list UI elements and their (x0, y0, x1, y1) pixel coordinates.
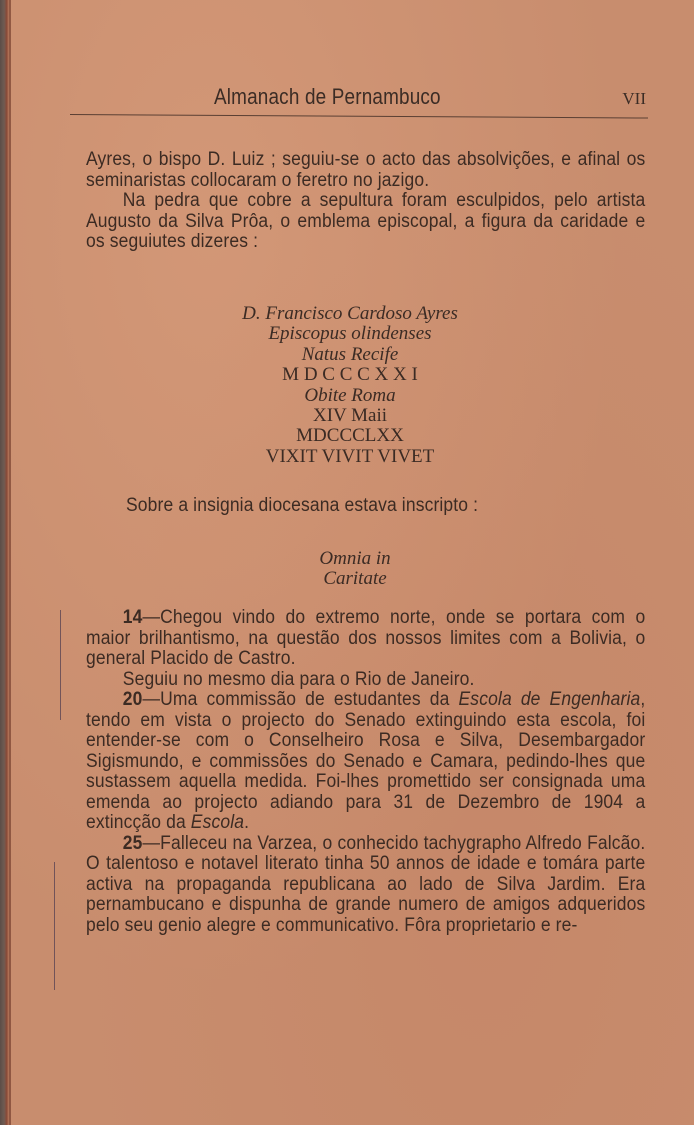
entry-day: 14 (123, 607, 143, 628)
epitaph-line: VIXIT VIVIT VIVET (150, 447, 550, 467)
running-header: Almanach de Pernambuco VII (100, 84, 652, 114)
entry-text: Seguiu no mesmo dia para o Rio de Janeir… (123, 669, 475, 690)
entry-text: —Falleceu na Varzea, o conhecido tachygr… (86, 833, 645, 936)
epitaph-line: D. Francisco Cardoso Ayres (150, 304, 550, 324)
opening-text: Ayres, o bispo D. Luiz ; seguiu-se o act… (86, 150, 646, 253)
entry-25: 25—Falleceu na Varzea, o conhecido tachy… (86, 834, 645, 937)
book-page: Almanach de Pernambuco VII Ayres, o bisp… (0, 0, 694, 1125)
epitaph-inscription: D. Francisco Cardoso Ayres Episcopus oli… (150, 304, 550, 467)
entry-20: 20—Uma commissão de estudantes da Escola… (86, 690, 645, 834)
running-head-title: Almanach de Pernambuco (214, 84, 441, 110)
entry-italic-school: Escola de Engenharia (459, 689, 641, 710)
epitaph-line: M D C C C X X I (150, 365, 550, 385)
insignia-intro: Sobre a insignia diocesana estava inscri… (126, 496, 686, 517)
paragraph-continuation: Ayres, o bispo D. Luiz ; seguiu-se o act… (86, 150, 645, 191)
entry-text-end: . (244, 812, 249, 833)
entry-text: , tendo em vista o projecto do Senado ex… (86, 689, 645, 833)
book-spine (0, 0, 9, 1125)
paragraph-tombstone: Na pedra que cobre a sepultura foram esc… (86, 191, 645, 253)
dated-entries: 14—Chegou vindo do extremo norte, onde s… (86, 608, 646, 936)
insignia-motto: Omnia in Caritate (250, 549, 460, 589)
margin-pencil-mark (60, 610, 61, 720)
motto-line: Caritate (250, 569, 460, 589)
entry-italic-escola: Escola (191, 812, 244, 833)
entry-14: 14—Chegou vindo do extremo norte, onde s… (86, 608, 645, 670)
epitaph-line: XIV Maii (150, 406, 550, 426)
header-rule (70, 114, 648, 119)
epitaph-line: Natus Recife (150, 345, 550, 365)
entry-text: —Chegou vindo do extremo norte, onde se … (86, 607, 645, 669)
epitaph-line: Episcopus olindenses (150, 324, 550, 344)
margin-pencil-mark (54, 862, 55, 990)
epitaph-line: MDCCCLXX (150, 426, 550, 446)
entry-text: —Uma commissão de estudantes da (143, 689, 459, 710)
entry-day: 25 (123, 833, 143, 854)
epitaph-line: Obite Roma (150, 386, 550, 406)
paragraph-insignia: Sobre a insignia diocesana estava inscri… (126, 496, 685, 517)
page-number: VII (622, 89, 646, 109)
entry-14-followup: Seguiu no mesmo dia para o Rio de Janeir… (86, 670, 645, 691)
motto-line: Omnia in (250, 549, 460, 569)
spine-edge (9, 0, 11, 1125)
entry-day: 20 (123, 689, 143, 710)
